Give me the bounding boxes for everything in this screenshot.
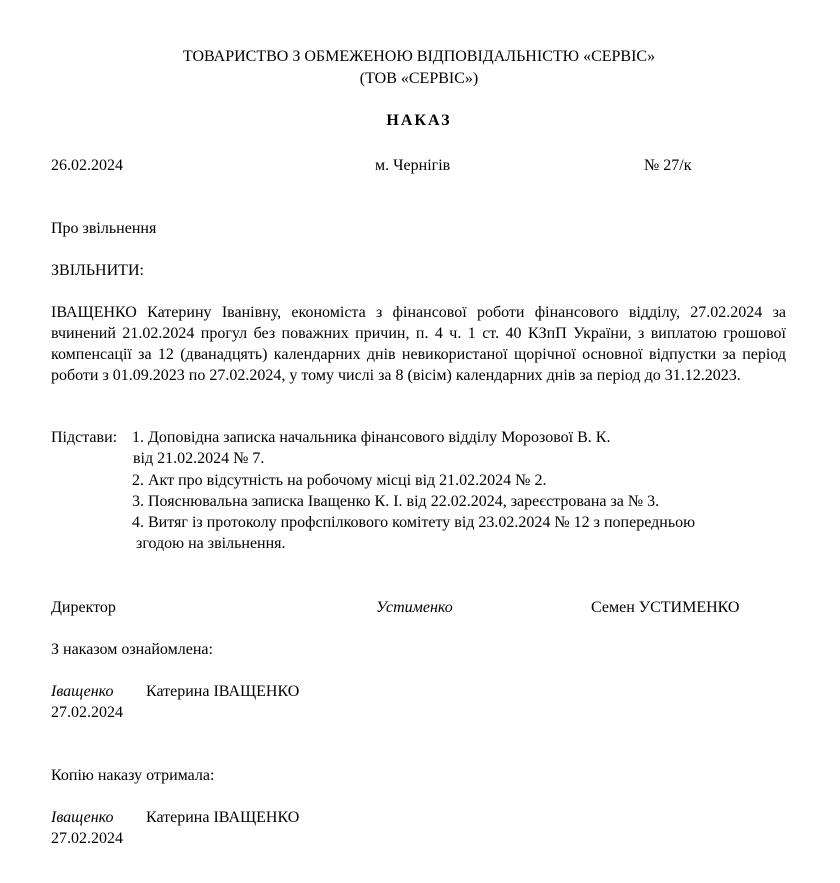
grounds-item-1: 1. Доповідна записка начальника фінансов…	[132, 427, 610, 448]
copy-received-name: Катерина ІВАЩЕНКО	[146, 807, 299, 828]
order-document: ТОВАРИСТВО З ОБМЕЖЕНОЮ ВІДПОВІДАЛЬНІСТЮ …	[0, 0, 840, 883]
grounds-item-4-continuation: згодою на звільнення.	[136, 533, 286, 554]
order-directive: ЗВІЛЬНИТИ:	[51, 260, 144, 281]
signatory-position: Директор	[51, 597, 116, 618]
grounds-item-2: 2. Акт про відсутність на робочому місці…	[132, 470, 546, 491]
order-date: 26.02.2024	[51, 155, 123, 176]
grounds-item-3: 3. Пояснювальна записка Іващенко К. І. в…	[132, 491, 659, 512]
order-subject: Про звільнення	[51, 218, 156, 239]
acknowledged-name: Катерина ІВАЩЕНКО	[146, 681, 299, 702]
acknowledged-handwritten-signature: Іващенко	[51, 681, 114, 702]
organization-short-name: (ТОВ «СЕРВІС»)	[0, 68, 838, 89]
organization-name: ТОВАРИСТВО З ОБМЕЖЕНОЮ ВІДПОВІДАЛЬНІСТЮ …	[0, 46, 838, 67]
grounds-label: Підстави:	[51, 427, 117, 448]
copy-received-handwritten-signature: Іващенко	[51, 807, 114, 828]
order-place: м. Чернігів	[375, 155, 450, 176]
signatory-name: Семен УСТИМЕНКО	[591, 597, 739, 618]
document-type-title: НАКАЗ	[0, 110, 838, 131]
copy-received-date: 27.02.2024	[51, 828, 123, 849]
order-number: № 27/к	[644, 155, 691, 176]
acknowledged-date: 27.02.2024	[51, 702, 123, 723]
acknowledged-label: З наказом ознайомлена:	[51, 639, 213, 660]
copy-received-label: Копію наказу отримала:	[51, 765, 214, 786]
grounds-section: Підстави: 1. Доповідна записка начальник…	[51, 427, 791, 555]
grounds-item-1-continuation: від 21.02.2024 № 7.	[133, 448, 264, 469]
grounds-item-4: 4. Витяг із протоколу профспілкового ком…	[132, 512, 695, 533]
order-body-paragraph: ІВАЩЕНКО Катерину Іванівну, економіста з…	[51, 302, 786, 386]
signatory-handwritten-signature: Устименко	[376, 597, 453, 618]
